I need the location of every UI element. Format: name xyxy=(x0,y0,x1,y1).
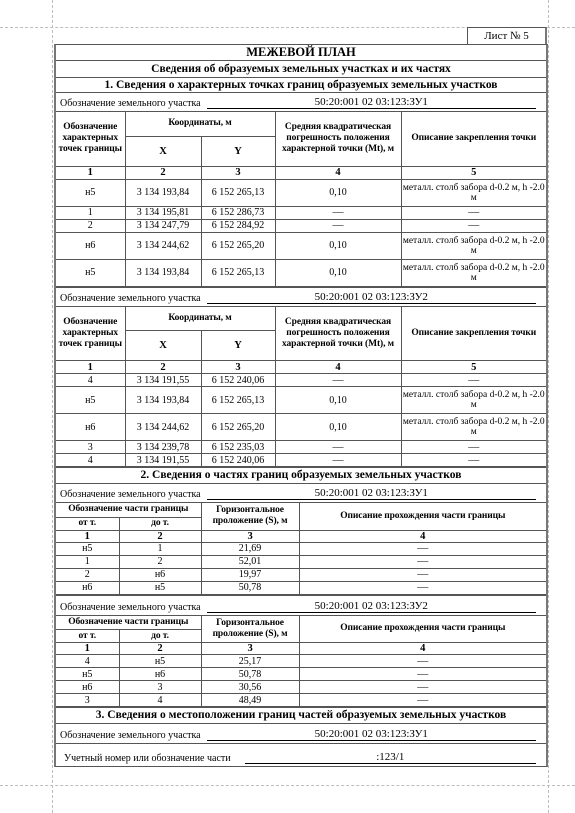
mt-cell: — xyxy=(275,374,401,387)
col-point-header: Обозначение характерных точек границы xyxy=(56,307,125,361)
x-cell: 3 134 193,84 xyxy=(125,259,201,286)
designation-value: 50:20:001 02 03:123:ЗУ2 xyxy=(207,291,536,304)
document-subtitle: Сведения об образуемых земельных участка… xyxy=(56,61,546,78)
table-row: 23 134 247,796 152 284,92—— xyxy=(56,219,546,232)
y-cell: 6 152 286,73 xyxy=(201,206,275,219)
from-cell: 4 xyxy=(56,655,119,668)
table-row: н5121,69— xyxy=(56,542,546,555)
length-cell: 50,78 xyxy=(201,581,299,594)
col-mt-header: Средняя квадратическая погрешность полож… xyxy=(275,112,401,166)
column-numbers: 1 2 3 4 xyxy=(56,530,546,542)
desc-cell: — xyxy=(401,206,546,219)
from-cell: 2 xyxy=(56,568,119,581)
to-cell: 1 xyxy=(119,542,201,555)
to-cell: н6 xyxy=(119,568,201,581)
col-desc-header: Описание прохождения части границы xyxy=(299,616,546,643)
x-cell: 3 134 239,78 xyxy=(125,441,201,454)
point-cell: н5 xyxy=(56,179,125,206)
designation-value: 50:20:001 02 03:123:ЗУ1 xyxy=(207,728,536,741)
col-desc-header: Описание закрепления точки xyxy=(401,112,546,166)
to-cell: 3 xyxy=(119,681,201,694)
point-cell: 4 xyxy=(56,374,125,387)
part-label: Учетный номер или обозначение части xyxy=(64,753,231,764)
mt-cell: — xyxy=(275,454,401,467)
section2-heading: 2. Сведения о частях границ образуемых з… xyxy=(56,468,546,484)
table-row: н53 134 193,846 152 265,130,10металл. ст… xyxy=(56,259,546,286)
mt-cell: 0,10 xyxy=(275,179,401,206)
desc-cell: — xyxy=(401,441,546,454)
desc-cell: металл. столб забора d-0.2 м, h -2.0 м xyxy=(401,259,546,286)
mt-cell: 0,10 xyxy=(275,387,401,414)
table-row: 3448,49— xyxy=(56,694,546,707)
desc-cell: — xyxy=(299,655,546,668)
point-cell: 4 xyxy=(56,454,125,467)
length-cell: 30,56 xyxy=(201,681,299,694)
designation-value: 50:20:001 02 03:123:ЗУ1 xyxy=(207,487,536,500)
col-from-header: от т. xyxy=(56,517,119,530)
mt-cell: 0,10 xyxy=(275,414,401,441)
part-value: :123/1 xyxy=(245,751,536,764)
section1-heading: 1. Сведения о характерных точках границ … xyxy=(56,78,546,93)
table-row: 43 134 191,556 152 240,06—— xyxy=(56,374,546,387)
col-coords-header: Координаты, м xyxy=(125,307,275,331)
y-cell: 6 152 265,13 xyxy=(201,179,275,206)
mt-cell: 0,10 xyxy=(275,232,401,259)
x-cell: 3 134 193,84 xyxy=(125,179,201,206)
parcel-designation: Обозначение земельного участка 50:20:001… xyxy=(56,484,546,503)
table-row: н63 134 244,626 152 265,200,10металл. ст… xyxy=(56,232,546,259)
designation-label: Обозначение земельного участка xyxy=(60,293,201,304)
mt-cell: 0,10 xyxy=(275,259,401,286)
table-row: 2н619,97— xyxy=(56,568,546,581)
from-cell: н5 xyxy=(56,542,119,555)
col-desc-header: Описание закрепления точки xyxy=(401,307,546,361)
length-cell: 19,97 xyxy=(201,568,299,581)
length-cell: 52,01 xyxy=(201,555,299,568)
designation-value: 50:20:001 02 03:123:ЗУ2 xyxy=(207,600,536,613)
table-row: н53 134 193,846 152 265,130,10металл. ст… xyxy=(56,179,546,206)
parcel-designation: Обозначение земельного участка 50:20:001… xyxy=(56,288,546,307)
page-guide-bottom xyxy=(0,785,575,786)
point-cell: н6 xyxy=(56,232,125,259)
parcel-designation: Обозначение земельного участка 50:20:001… xyxy=(56,596,546,616)
length-cell: 48,49 xyxy=(201,694,299,707)
page-guide-right xyxy=(548,0,549,813)
col-point-header: Обозначение характерных точек границы xyxy=(56,112,125,166)
from-cell: н6 xyxy=(56,581,119,594)
x-cell: 3 134 247,79 xyxy=(125,219,201,232)
desc-cell: — xyxy=(401,219,546,232)
column-numbers: 1 2 3 4 xyxy=(56,643,546,655)
desc-cell: — xyxy=(299,668,546,681)
point-cell: н6 xyxy=(56,414,125,441)
point-cell: н5 xyxy=(56,259,125,286)
table-row: н63 134 244,626 152 265,200,10металл. ст… xyxy=(56,414,546,441)
table-row: н53 134 193,846 152 265,130,10металл. ст… xyxy=(56,387,546,414)
col-x-header: X xyxy=(125,136,201,166)
y-cell: 6 152 265,13 xyxy=(201,387,275,414)
length-cell: 50,78 xyxy=(201,668,299,681)
y-cell: 6 152 284,92 xyxy=(201,219,275,232)
x-cell: 3 134 195,81 xyxy=(125,206,201,219)
segments-table: Обозначение части границы Горизонтальное… xyxy=(56,616,546,709)
col-y-header: Y xyxy=(201,331,275,361)
col-length-header: Горизонтальное проложение (S), м xyxy=(201,503,299,530)
from-cell: 3 xyxy=(56,694,119,707)
segments-table: Обозначение части границы Горизонтальное… xyxy=(56,503,546,596)
col-part-header: Обозначение части границы xyxy=(56,503,201,517)
col-to-header: до т. xyxy=(119,517,201,530)
to-cell: н6 xyxy=(119,668,201,681)
parcel-designation: Обозначение земельного участка 50:20:001… xyxy=(56,724,546,744)
document-page: МЕЖЕВОЙ ПЛАН Сведения об образуемых земе… xyxy=(54,44,548,767)
col-coords-header: Координаты, м xyxy=(125,112,275,136)
to-cell: 4 xyxy=(119,694,201,707)
point-cell: 3 xyxy=(56,441,125,454)
table-row: 1252,01— xyxy=(56,555,546,568)
from-cell: н5 xyxy=(56,668,119,681)
designation-label: Обозначение земельного участка xyxy=(60,98,201,109)
page-guide-left xyxy=(52,0,53,813)
desc-cell: — xyxy=(401,454,546,467)
col-desc-header: Описание прохождения части границы xyxy=(299,503,546,530)
sheet-number: Лист № 5 xyxy=(467,27,547,44)
column-numbers: 1 2 3 4 5 xyxy=(56,166,546,179)
table-row: 43 134 191,556 152 240,06—— xyxy=(56,454,546,467)
y-cell: 6 152 265,20 xyxy=(201,414,275,441)
desc-cell: — xyxy=(401,374,546,387)
y-cell: 6 152 235,03 xyxy=(201,441,275,454)
desc-cell: металл. столб забора d-0.2 м, h -2.0 м xyxy=(401,414,546,441)
parcel-designation: Обозначение земельного участка 50:20:001… xyxy=(56,93,546,112)
mt-cell: — xyxy=(275,441,401,454)
points-table: Обозначение характерных точек границы Ко… xyxy=(56,112,546,288)
col-from-header: от т. xyxy=(56,630,119,643)
col-x-header: X xyxy=(125,331,201,361)
table-row: н6330,56— xyxy=(56,681,546,694)
part-designation: Учетный номер или обозначение части :123… xyxy=(56,744,546,766)
to-cell: 2 xyxy=(119,555,201,568)
col-to-header: до т. xyxy=(119,630,201,643)
point-cell: 1 xyxy=(56,206,125,219)
desc-cell: — xyxy=(299,542,546,555)
designation-label: Обозначение земельного участка xyxy=(60,489,201,500)
to-cell: н5 xyxy=(119,655,201,668)
x-cell: 3 134 193,84 xyxy=(125,387,201,414)
designation-label: Обозначение земельного участка xyxy=(60,730,201,741)
from-cell: 1 xyxy=(56,555,119,568)
table-row: 4н525,17— xyxy=(56,655,546,668)
from-cell: н6 xyxy=(56,681,119,694)
desc-cell: металл. столб забора d-0.2 м, h -2.0 м xyxy=(401,387,546,414)
desc-cell: — xyxy=(299,555,546,568)
mt-cell: — xyxy=(275,219,401,232)
section3-heading: 3. Сведения о местоположении границ част… xyxy=(56,708,546,724)
table-row: 33 134 239,786 152 235,03—— xyxy=(56,441,546,454)
x-cell: 3 134 244,62 xyxy=(125,414,201,441)
designation-value: 50:20:001 02 03:123:ЗУ1 xyxy=(207,96,536,109)
y-cell: 6 152 265,13 xyxy=(201,259,275,286)
desc-cell: — xyxy=(299,568,546,581)
desc-cell: — xyxy=(299,694,546,707)
to-cell: н5 xyxy=(119,581,201,594)
point-cell: 2 xyxy=(56,219,125,232)
col-length-header: Горизонтальное проложение (S), м xyxy=(201,616,299,643)
desc-cell: металл. столб забора d-0.2 м, h -2.0 м xyxy=(401,232,546,259)
column-numbers: 1 2 3 4 5 xyxy=(56,361,546,374)
col-part-header: Обозначение части границы xyxy=(56,616,201,630)
x-cell: 3 134 244,62 xyxy=(125,232,201,259)
length-cell: 21,69 xyxy=(201,542,299,555)
table-row: 13 134 195,816 152 286,73—— xyxy=(56,206,546,219)
y-cell: 6 152 265,20 xyxy=(201,232,275,259)
document-title: МЕЖЕВОЙ ПЛАН xyxy=(56,45,546,61)
designation-label: Обозначение земельного участка xyxy=(60,602,201,613)
table-row: н5н650,78— xyxy=(56,668,546,681)
table-row: н6н550,78— xyxy=(56,581,546,594)
points-table: Обозначение характерных точек границы Ко… xyxy=(56,307,546,469)
col-y-header: Y xyxy=(201,136,275,166)
x-cell: 3 134 191,55 xyxy=(125,454,201,467)
desc-cell: — xyxy=(299,581,546,594)
mt-cell: — xyxy=(275,206,401,219)
point-cell: н5 xyxy=(56,387,125,414)
desc-cell: металл. столб забора d-0.2 м, h -2.0 м xyxy=(401,179,546,206)
col-mt-header: Средняя квадратическая погрешность полож… xyxy=(275,307,401,361)
y-cell: 6 152 240,06 xyxy=(201,454,275,467)
desc-cell: — xyxy=(299,681,546,694)
y-cell: 6 152 240,06 xyxy=(201,374,275,387)
length-cell: 25,17 xyxy=(201,655,299,668)
x-cell: 3 134 191,55 xyxy=(125,374,201,387)
